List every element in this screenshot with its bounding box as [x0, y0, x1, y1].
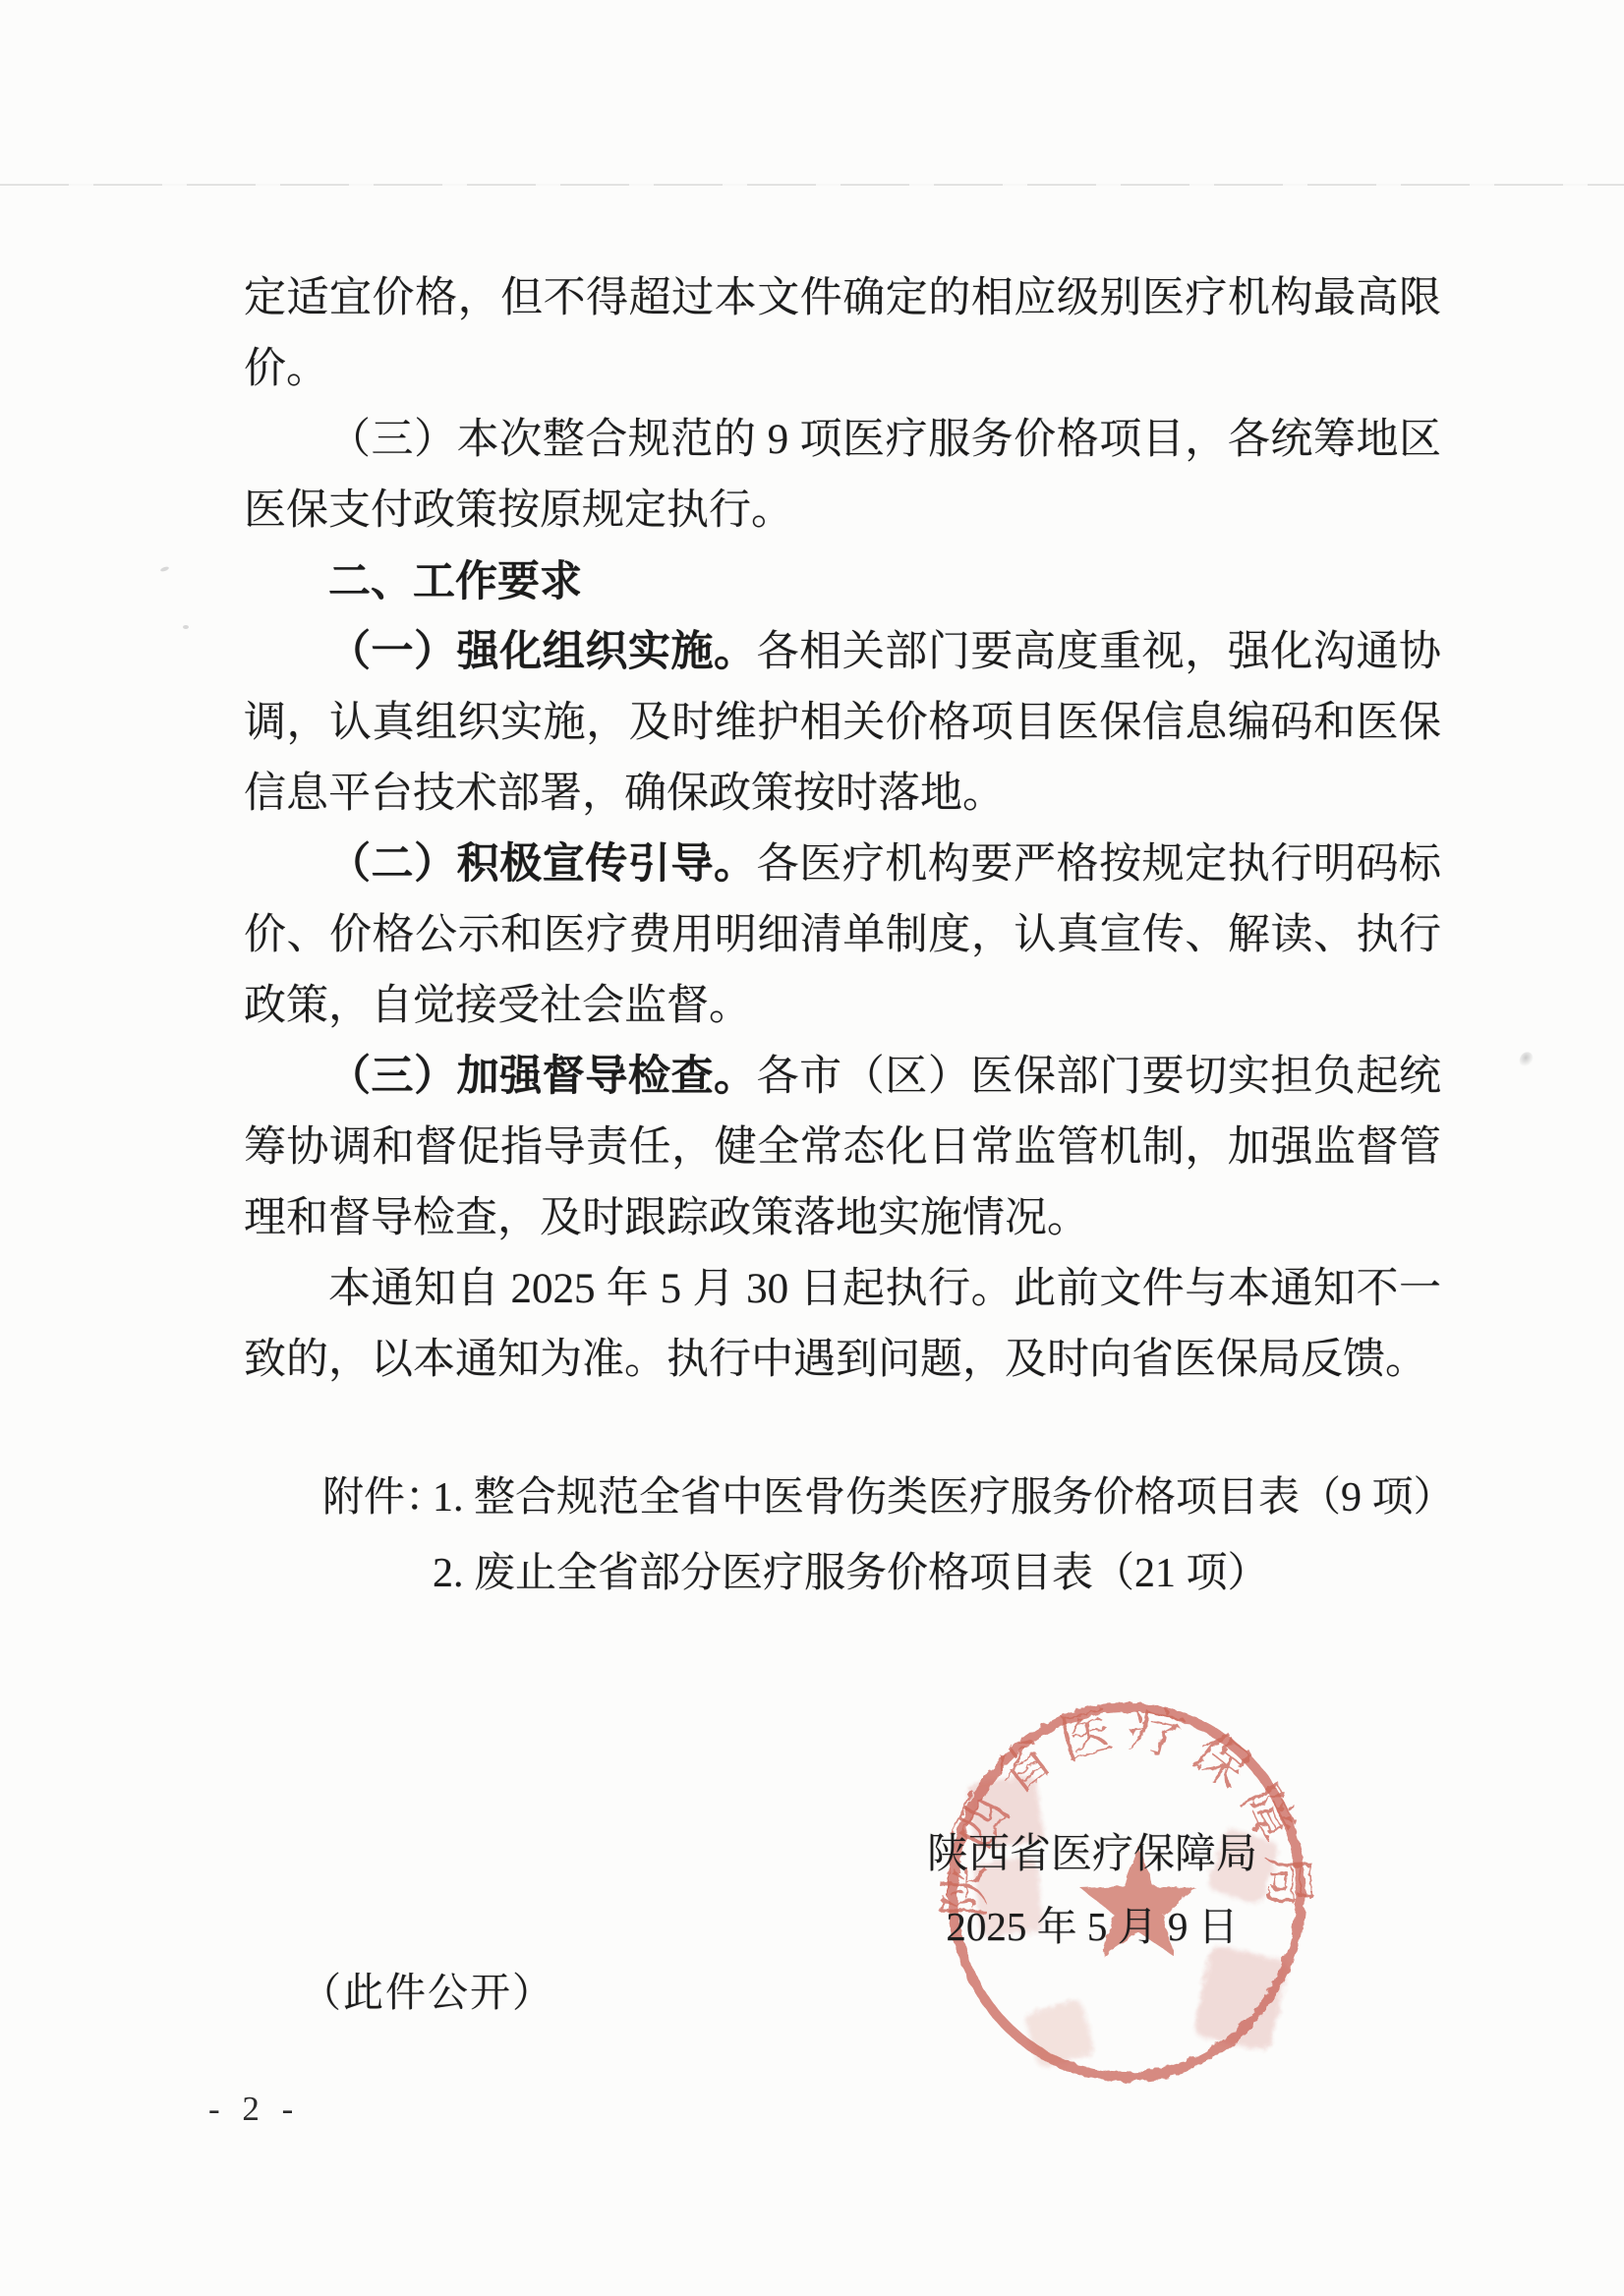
attachment-block: 附件：1. 整合规范全省中医骨伤类医疗服务价格项目表（9 项） 2. 废止全省部… [322, 1461, 1455, 1612]
signature-block: 陕西省医疗保障局 2025 年 5 月 9 日 [884, 1832, 1301, 1948]
page-number: - 2 - [208, 2090, 300, 2129]
paragraph-lead: （二）积极宣传引导。 [328, 841, 757, 888]
section-heading: 二、工作要求 [244, 546, 1441, 617]
open-note: （此件公开） [301, 1960, 554, 2018]
signature-date: 2025 年 5 月 9 日 [884, 1905, 1301, 1948]
paragraph-item-3: （三）本次整合规范的 9 项医疗服务价格项目，各统筹地区医保支付政策按原规定执行… [244, 405, 1441, 546]
paragraph-lead: （一）强化组织实施。 [328, 629, 757, 675]
attachment-label: 附件： [322, 1461, 433, 1536]
attachment-item: 2. 废止全省部分医疗服务价格项目表（21 项） [433, 1551, 1269, 1596]
attachment-item: 1. 整合规范全省中医骨伤类医疗服务价格项目表（9 项） [433, 1475, 1455, 1521]
signature-agency: 陕西省医疗保障局 [884, 1832, 1301, 1877]
attachment-row: 附件：1. 整合规范全省中医骨伤类医疗服务价格项目表（9 项） [322, 1461, 1455, 1536]
paragraph-text: 定适宜价格，但不得超过本文件确定的相应级别医疗机构最高限价。 [244, 275, 1441, 392]
paragraph-text: 本通知自 2025 年 5 月 30 日起执行。此前文件与本通知不一致的，以本通… [244, 1266, 1441, 1383]
paragraph-work-1: （一）强化组织实施。各相关部门要高度重视，强化沟通协调，认真组织实施，及时维护相… [244, 617, 1441, 830]
document-body: 定适宜价格，但不得超过本文件确定的相应级别医疗机构最高限价。 （三）本次整合规范… [244, 263, 1441, 1396]
paragraph-work-3: （三）加强督导检查。各市（区）医保部门要切实担负起统筹协调和督促指导责任，健全常… [244, 1042, 1441, 1254]
paragraph-text: （三）本次整合规范的 9 项医疗服务价格项目，各统筹地区医保支付政策按原规定执行… [244, 417, 1441, 534]
attachment-row: 2. 废止全省部分医疗服务价格项目表（21 项） [433, 1536, 1455, 1612]
ink-speck [160, 566, 170, 573]
ink-speck [183, 625, 189, 629]
paragraph-work-2: （二）积极宣传引导。各医疗机构要严格按规定执行明码标价、价格公示和医疗费用明细清… [244, 830, 1441, 1042]
paragraph-lead: （三）加强督导检查。 [328, 1054, 757, 1100]
scan-artifact-line [0, 184, 1624, 186]
paragraph-effective-date: 本通知自 2025 年 5 月 30 日起执行。此前文件与本通知不一致的，以本通… [244, 1254, 1441, 1396]
document-page: 定适宜价格，但不得超过本文件确定的相应级别医疗机构最高限价。 （三）本次整合规范… [0, 0, 1624, 2296]
margin-smudge [1517, 1050, 1536, 1069]
paragraph-continuation: 定适宜价格，但不得超过本文件确定的相应级别医疗机构最高限价。 [244, 263, 1441, 405]
